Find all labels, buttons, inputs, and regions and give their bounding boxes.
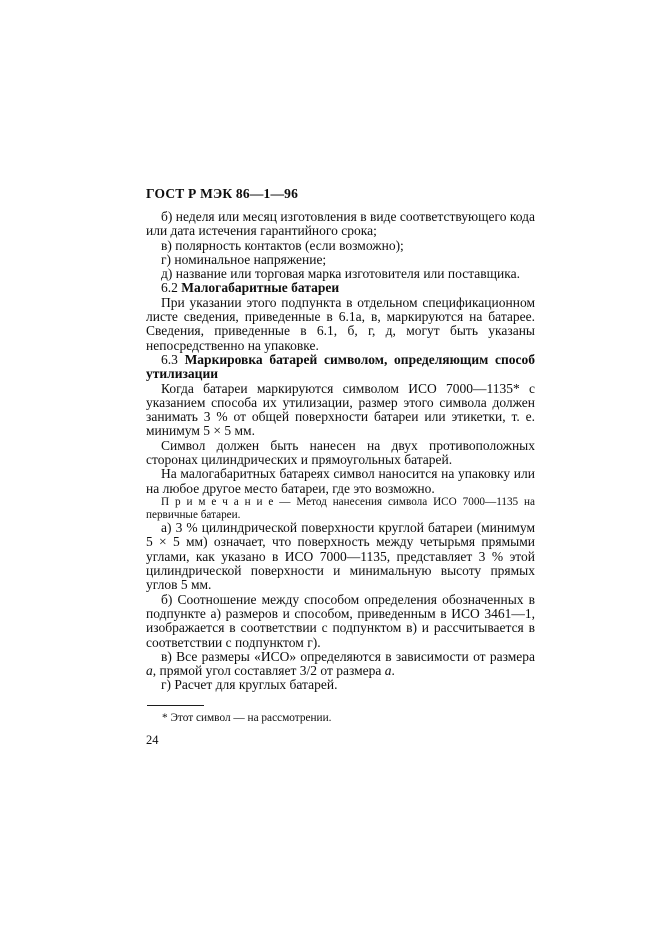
subitem-b: б) Соотношение между способом определени… xyxy=(146,593,535,650)
paragraph: На малогабаритных батареях символ наноси… xyxy=(146,467,535,496)
document-header: ГОСТ Р МЭК 86—1—96 xyxy=(146,186,298,202)
subitem-v-text: в) Все размеры «ИСО» определяются в зави… xyxy=(161,649,535,664)
section-heading-6-3: 6.3 Маркировка батарей символом, определ… xyxy=(146,353,535,382)
section-number: 6.3 xyxy=(161,352,178,367)
footnote-divider xyxy=(147,705,204,706)
list-item-g: г) номинальное напряжение; xyxy=(146,253,535,267)
scanned-document-page: ГОСТ Р МЭК 86—1—96 б) неделя или месяц и… xyxy=(0,0,661,935)
variable-a: а xyxy=(146,663,153,678)
section-number: 6.2 xyxy=(161,280,178,295)
subitem-v-text: , прямой угол составляет 3/2 от размера xyxy=(153,663,385,678)
page-number: 24 xyxy=(146,733,159,748)
subitem-v-text: . xyxy=(392,663,395,678)
list-item-b: б) неделя или месяц изготовления в виде … xyxy=(146,210,535,239)
footnote: * Этот символ — на рассмотрении. xyxy=(146,712,535,725)
list-item-v: в) полярность контактов (если возможно); xyxy=(146,239,535,253)
section-title: Маркировка батарей символом, определяющи… xyxy=(146,352,535,381)
variable-a: а xyxy=(385,663,392,678)
paragraph: Когда батареи маркируются символом ИСО 7… xyxy=(146,382,535,439)
section-heading-6-2: 6.2 Малогабаритные батареи xyxy=(146,281,535,295)
section-6-2-paragraph: При указании этого подпункта в отдельном… xyxy=(146,296,535,353)
section-title: Малогабаритные батареи xyxy=(181,280,339,295)
list-item-d: д) название или торговая марка изготовит… xyxy=(146,267,535,281)
note-paragraph: П р и м е ч а н и е — Метод нанесения си… xyxy=(146,496,535,521)
paragraph: Символ должен быть нанесен на двух проти… xyxy=(146,439,535,468)
subitem-v: в) Все размеры «ИСО» определяются в зави… xyxy=(146,650,535,679)
document-body: б) неделя или месяц изготовления в виде … xyxy=(146,210,535,693)
subitem-g: г) Расчет для круглых батарей. xyxy=(146,678,535,692)
subitem-a: а) 3 % цилиндрической поверхности кругло… xyxy=(146,521,535,592)
